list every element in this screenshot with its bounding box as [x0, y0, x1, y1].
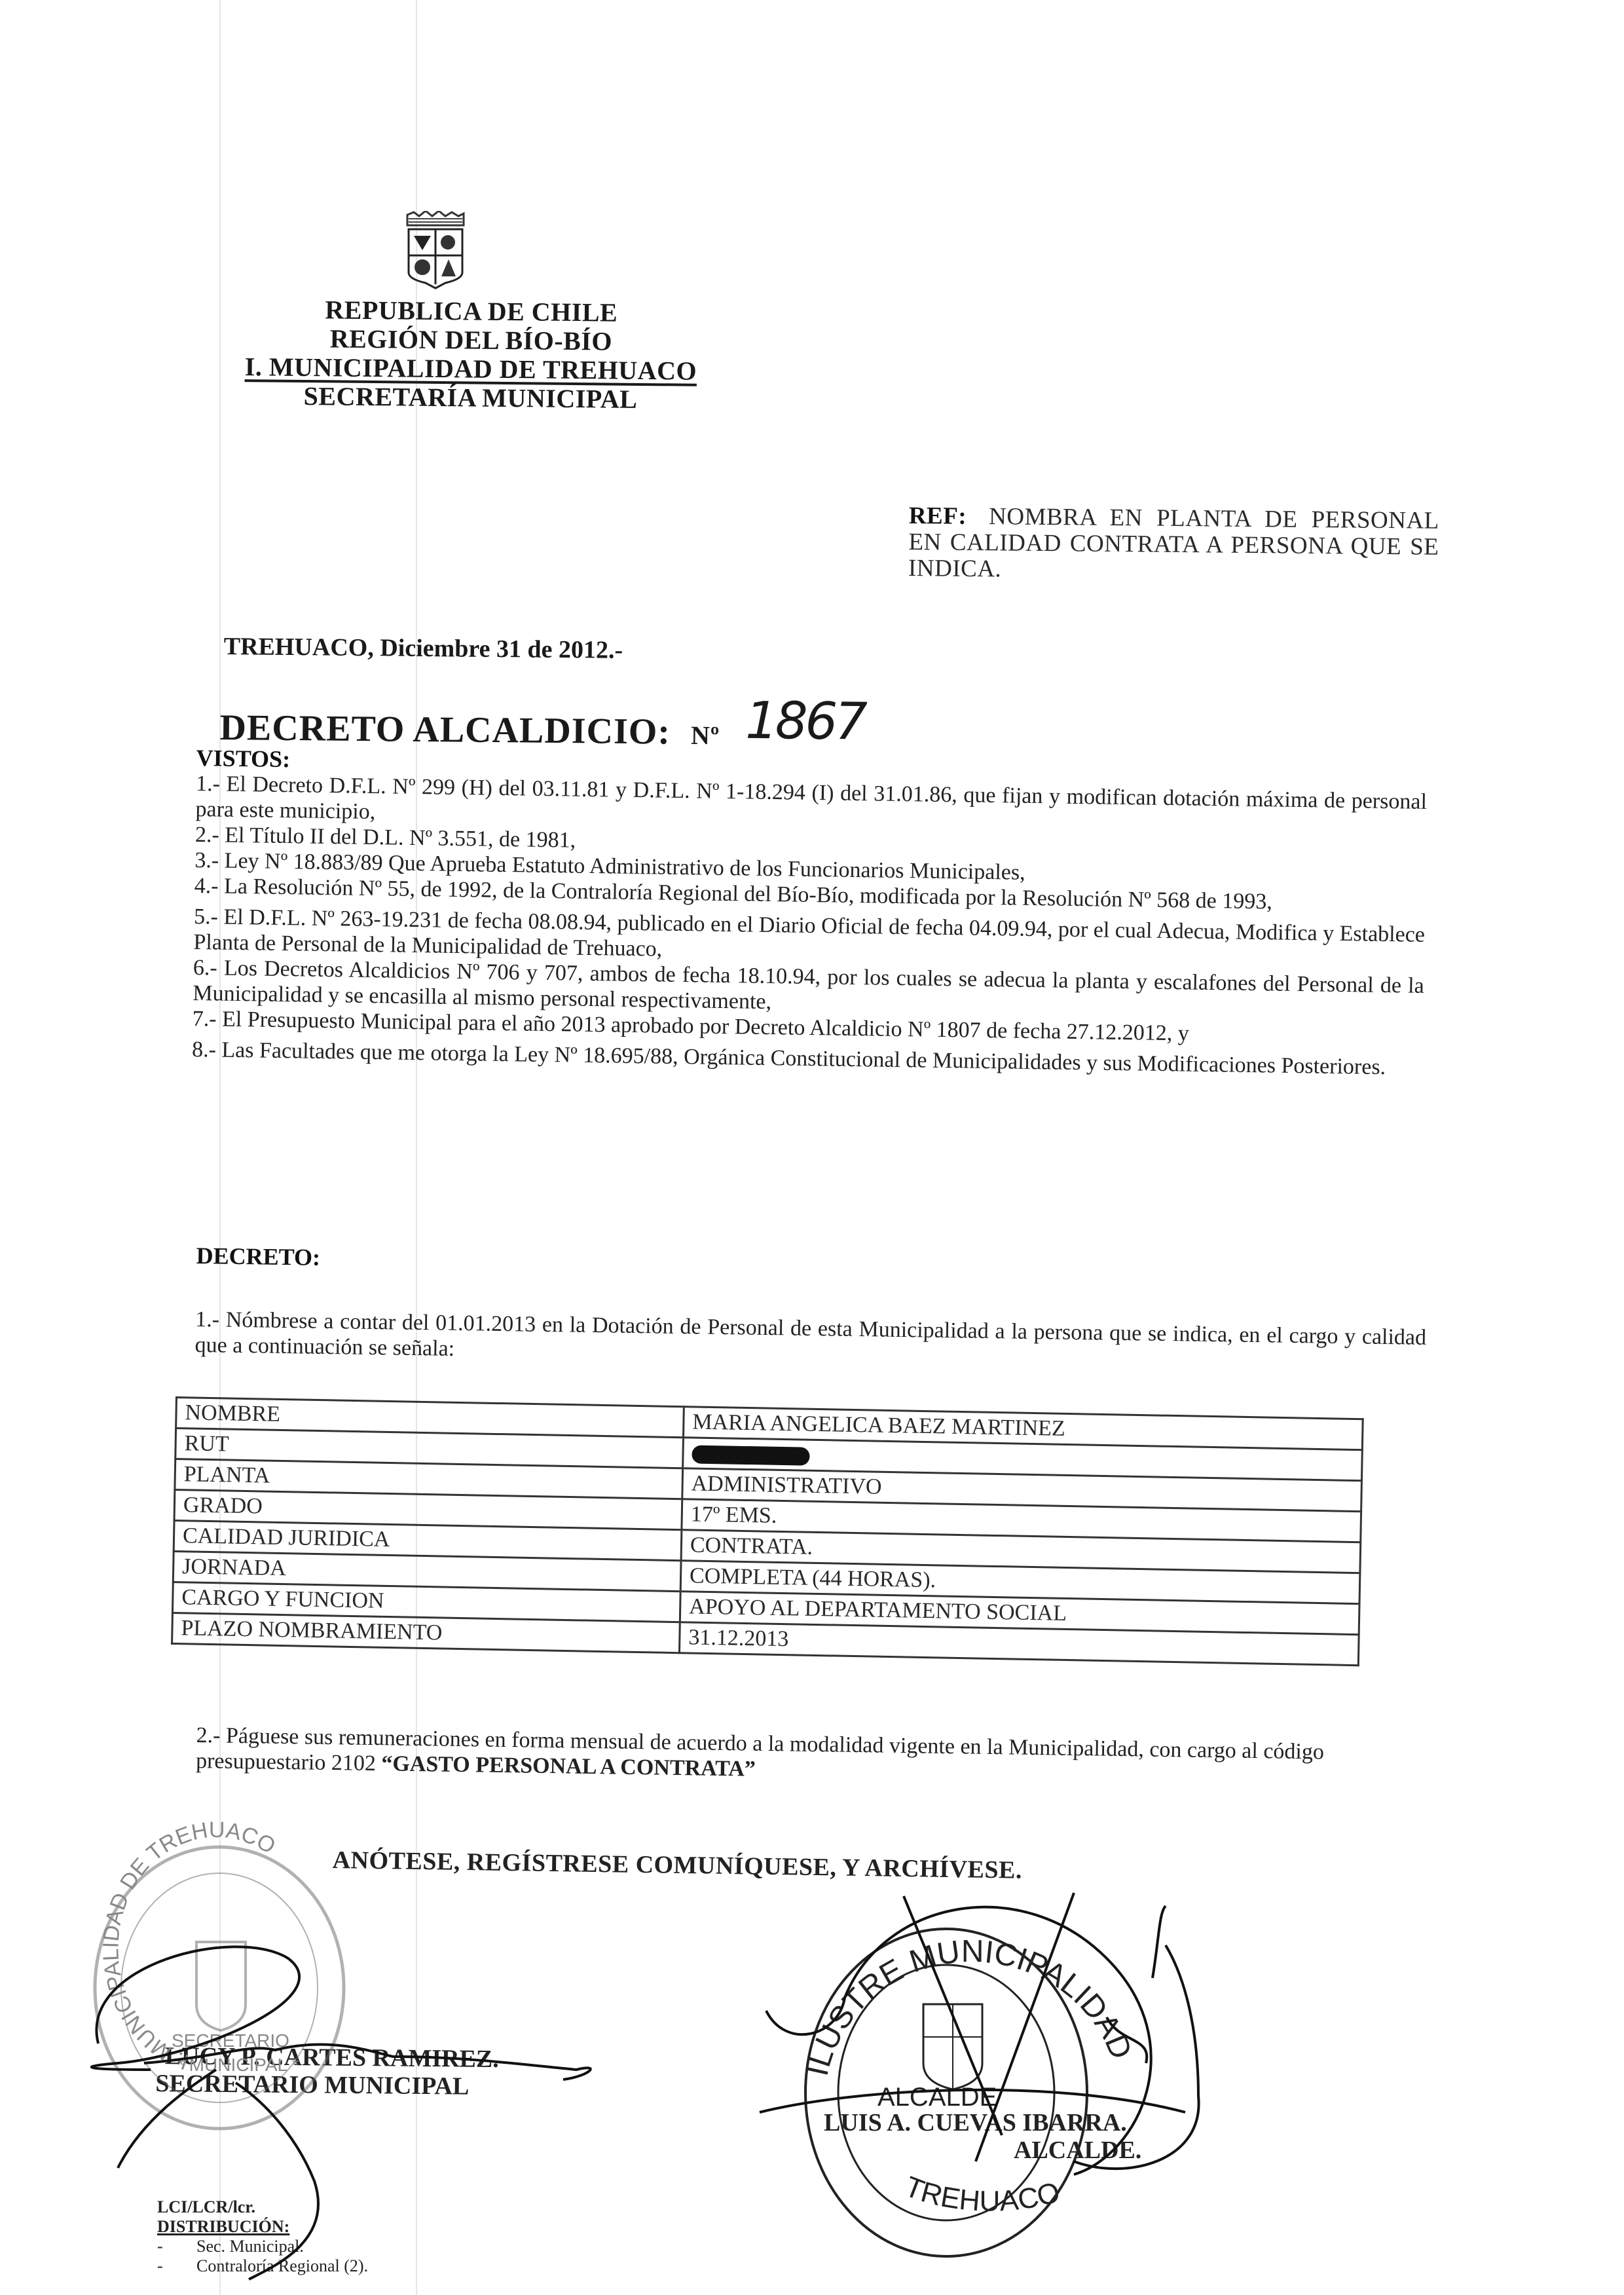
distribution-heading: DISTRIBUCIÓN: — [157, 2217, 368, 2237]
signature-secretary: LUCY P. CARTES RAMIREZ. SECRETARIO MUNIC… — [155, 2042, 499, 2100]
mayor-seal-stamp — [805, 1929, 1087, 2256]
redaction-mark — [692, 1446, 809, 1466]
appointment-table: NOMBREMARIA ANGELICA BAEZ MARTINEZRUTPLA… — [171, 1396, 1364, 1666]
distribution-item-text: Sec. Municipal. — [196, 2237, 304, 2256]
scan-artifact-line — [219, 0, 221, 2295]
reference-block: REF:NOMBRA EN PLANTA DE PERSONAL EN CALI… — [908, 503, 1439, 587]
decree-number-label: Nº — [691, 720, 720, 750]
signature-mayor: LUIS A. CUEVAS IBARRA. ALCALDE. — [824, 2109, 1141, 2164]
decreto-item-2-text: 2.- Páguese sus remuneraciones en forma … — [196, 1723, 1324, 1776]
municipal-coat-of-arms-icon — [399, 211, 471, 291]
reference-label: REF: — [909, 502, 967, 530]
secretary-name: LUCY P. CARTES RAMIREZ. — [156, 2042, 499, 2073]
header-line-department: SECRETARÍA MUNICIPAL — [234, 381, 706, 415]
header-line-country: REPUBLICA DE CHILE — [236, 295, 707, 328]
closing-formula: ANÓTESE, REGÍSTRESE COMUNÍQUESE, Y ARCHÍ… — [332, 1846, 1022, 1885]
decree-number-handwritten: 1867 — [745, 692, 865, 752]
header-institution-block: REPUBLICA DE CHILE REGIÓN DEL BÍO-BÍO I.… — [234, 295, 707, 415]
decreto-item-2: 2.- Páguese sus remuneraciones en forma … — [196, 1723, 1428, 1792]
secretary-role: SECRETARIO MUNICIPAL — [155, 2070, 498, 2100]
reference-text: NOMBRA EN PLANTA DE PERSONAL EN CALIDAD … — [908, 503, 1439, 582]
vistos-section: VISTOS: 1.- El Decreto D.F.L. Nº 299 (H)… — [192, 745, 1428, 1081]
distribution-block: LCI/LCR/lcr. DISTRIBUCIÓN: -Sec. Municip… — [157, 2197, 368, 2276]
decreto-section: DECRETO: 1.- Nómbrese a contar del 01.01… — [194, 1243, 1427, 1376]
decreto-item-1: 1.- Nómbrese a contar del 01.01.2013 en … — [194, 1307, 1426, 1376]
svg-text:TREHUACO: TREHUACO — [900, 2171, 1063, 2218]
distribution-item: -Sec. Municipal. — [157, 2237, 368, 2256]
mayor-name: LUIS A. CUEVAS IBARRA. — [824, 2109, 1141, 2136]
budget-code-name: “GASTO PERSONAL A CONTRATA” — [381, 1751, 756, 1781]
secretary-seal-ring-text: I. MUNICIPALIDAD DE TREHUACO — [98, 1818, 280, 2074]
mayor-seal-ring-text: ILUSTRE MUNICIPALIDAD — [800, 1934, 1138, 2079]
svg-text:ALCALDE: ALCALDE — [877, 2083, 997, 2112]
mayor-role: ALCALDE. — [824, 2136, 1141, 2164]
author-initials: LCI/LCR/lcr. — [157, 2197, 368, 2217]
distribution-item: -Contraloría Regional (2). — [157, 2256, 368, 2276]
distribution-item-text: Contraloría Regional (2). — [196, 2256, 368, 2276]
decreto-heading: DECRETO: — [196, 1243, 1427, 1287]
place-date: TREHUACO, Diciembre 31 de 2012.- — [224, 632, 623, 665]
